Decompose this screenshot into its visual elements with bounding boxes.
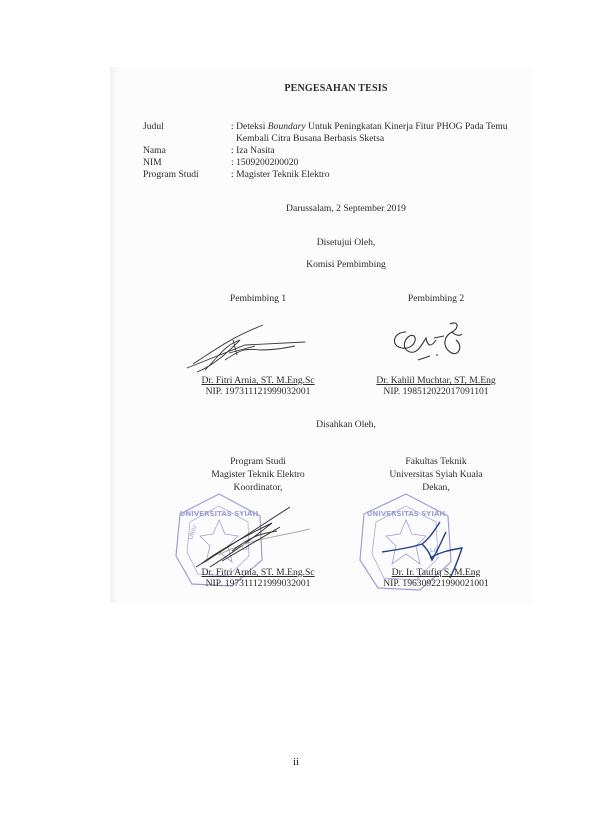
- field-value-nama: : Iza Nasita: [231, 145, 275, 157]
- official-1-nip: NIP. 197311121999032001: [206, 578, 311, 590]
- signature-1: [185, 320, 310, 375]
- field-value-judul: : Deteksi Boundary Untuk Peningkatan Kin…: [231, 121, 508, 133]
- page-number: ii: [293, 756, 299, 768]
- supervisor-1-nip: NIP. 197311121999032001: [206, 386, 311, 398]
- judul-part-italic: Boundary: [268, 121, 306, 132]
- official-2-unit-line1: Fakultas Teknik: [405, 456, 466, 468]
- supervisor-2-role: Pembimbing 2: [408, 293, 464, 305]
- svg-text:UNIVERSITAS SYIAH: UNIVERSITAS SYIAH: [367, 510, 446, 518]
- field-label-judul: Judul: [143, 121, 164, 133]
- place-date: Darussalam, 2 September 2019: [286, 203, 406, 215]
- field-value-nim: : 1509200200020: [231, 157, 298, 169]
- committee-label: Komisi Pembimbing: [306, 259, 386, 271]
- official-1-unit-line1: Program Studi: [230, 456, 286, 468]
- field-value-judul-line2: Kembali Citra Busana Berbasis Sketsa: [236, 133, 384, 145]
- supervisor-1-role: Pembimbing 1: [230, 293, 286, 305]
- approved-by: Disetujui Oleh,: [317, 237, 376, 249]
- field-label-nama: Nama: [143, 145, 166, 157]
- judul-part-1: : Deteksi: [231, 121, 268, 132]
- supervisor-2-nip: NIP. 198512022017091101: [383, 386, 488, 398]
- official-1-unit-line2: Magister Teknik Elektro: [211, 469, 304, 481]
- judul-part-2: Untuk Peningkatan Kinerja Fitur PHOG Pad…: [306, 121, 508, 132]
- document-title: PENGESAHAN TESIS: [284, 83, 387, 95]
- signature-2: [388, 318, 468, 368]
- field-label-nim: NIM: [143, 157, 162, 169]
- scan-edge: [110, 67, 118, 603]
- official-2-nip: NIP. 196309221990021001: [383, 578, 489, 590]
- official-2-unit-line2: Universitas Syiah Kuala: [389, 469, 482, 481]
- ratified-by: Disahkan Oleh,: [316, 419, 376, 431]
- field-value-prodi: : Magister Teknik Elektro: [231, 169, 330, 181]
- field-label-prodi: Program Studi: [143, 169, 199, 181]
- signature-3: [192, 505, 312, 575]
